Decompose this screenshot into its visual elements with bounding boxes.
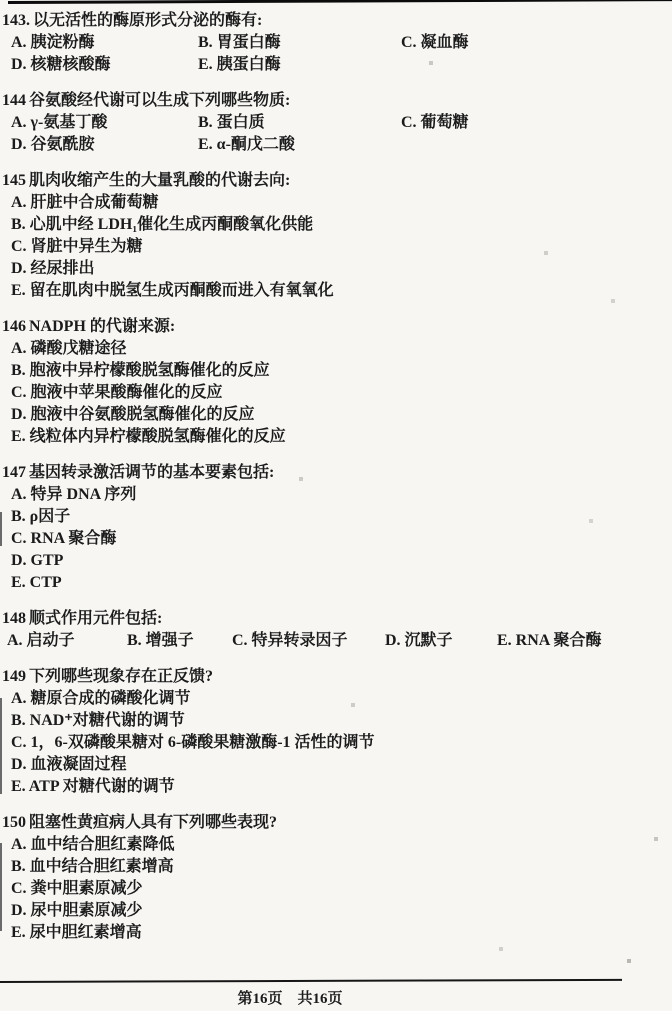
option-a: A. 糖原合成的磷酸化调节	[11, 688, 668, 710]
question-stem: 146NADPH 的代谢来源:	[2, 316, 668, 338]
option-b: B. ρ因子	[11, 506, 668, 528]
options-group: A. 肝脏中合成葡萄糖 B. 心肌中经 LDH₁催化生成丙酮酸氧化供能 C. 肾…	[2, 192, 668, 302]
option-b: B. 蛋白质	[198, 112, 401, 134]
option-e: E. RNA 聚合酶	[497, 630, 668, 652]
option-c: C. 凝血酶	[401, 32, 668, 54]
option-a: A. 特异 DNA 序列	[11, 484, 668, 506]
question-146: 146NADPH 的代谢来源: A. 磷酸戊糖途径 B. 胞液中异柠檬酸脱氢酶催…	[2, 316, 668, 448]
option-e: E. 尿中胆红素增高	[11, 922, 668, 944]
questions-area: 143.以无活性的酶原形式分泌的酶有: A. 胰淀粉酶 B. 胃蛋白酶 C. 凝…	[2, 10, 668, 958]
question-stem: 148顺式作用元件包括:	[2, 608, 668, 630]
option-c: C. 特异转录因子	[232, 630, 385, 652]
option-e: E. CTP	[11, 572, 668, 594]
question-text: NADPH 的代谢来源:	[29, 318, 175, 335]
option-a: A. γ-氨基丁酸	[11, 112, 198, 134]
option-d: D. 胞液中谷氨酸脱氢酶催化的反应	[11, 404, 668, 426]
question-text: 阻塞性黄疸病人具有下列哪些表现?	[29, 814, 277, 831]
question-143: 143.以无活性的酶原形式分泌的酶有: A. 胰淀粉酶 B. 胃蛋白酶 C. 凝…	[2, 10, 668, 76]
scanned-exam-page: 143.以无活性的酶原形式分泌的酶有: A. 胰淀粉酶 B. 胃蛋白酶 C. 凝…	[0, 0, 672, 1011]
options-group: A. 特异 DNA 序列 B. ρ因子 C. RNA 聚合酶 D. GTP E.…	[2, 484, 668, 594]
question-150: 150阻塞性黄疸病人具有下列哪些表现? A. 血中结合胆红素降低 B. 血中结合…	[2, 812, 668, 944]
option-b: B. 增强子	[127, 630, 232, 652]
option-a: A. 启动子	[7, 630, 127, 652]
option-e: E. 线粒体内异柠檬酸脱氢酶催化的反应	[11, 426, 668, 448]
question-144: 144谷氨酸经代谢可以生成下列哪些物质: A. γ-氨基丁酸 B. 蛋白质 C.…	[2, 90, 668, 156]
option-c: C. RNA 聚合酶	[11, 528, 668, 550]
top-scan-line	[8, 0, 672, 4]
options-group: A. 糖原合成的磷酸化调节 B. NAD⁺对糖代谢的调节 C. 1，6-双磷酸果…	[2, 688, 668, 798]
question-text: 谷氨酸经代谢可以生成下列哪些物质:	[29, 92, 290, 109]
option-d: D. 尿中胆素原减少	[11, 900, 668, 922]
option-e: E. 胰蛋白酶	[198, 54, 401, 76]
options-group: A. 启动子 B. 增强子 C. 特异转录因子 D. 沉默子 E. RNA 聚合…	[2, 630, 668, 652]
question-number: 143.	[2, 12, 30, 29]
option-c: C. 胞液中苹果酸酶催化的反应	[11, 382, 668, 404]
option-d: D. 核糖核酸酶	[11, 54, 198, 76]
option-e: E. α-酮戊二酸	[198, 134, 401, 156]
option-a: A. 胰淀粉酶	[11, 32, 198, 54]
option-b: B. 胃蛋白酶	[198, 32, 401, 54]
option-b: B. 血中结合胆红素增高	[11, 856, 668, 878]
options-group: A. 血中结合胆红素降低 B. 血中结合胆红素增高 C. 粪中胆素原减少 D. …	[2, 834, 668, 944]
page-number-footer: 第16页 共16页	[0, 987, 580, 1008]
question-number: 148	[2, 610, 26, 627]
option-a: A. 磷酸戊糖途径	[11, 338, 668, 360]
option-e: E. ATP 对糖代谢的调节	[11, 776, 668, 798]
question-149: 149下列哪些现象存在正反馈? A. 糖原合成的磷酸化调节 B. NAD⁺对糖代…	[2, 666, 668, 798]
question-text: 顺式作用元件包括:	[29, 610, 162, 627]
question-number: 144	[2, 92, 26, 109]
question-text: 以无活性的酶原形式分泌的酶有:	[33, 12, 262, 29]
question-text: 肌肉收缩产生的大量乳酸的代谢去向:	[29, 172, 290, 189]
options-group: A. γ-氨基丁酸 B. 蛋白质 C. 葡萄糖 D. 谷氨酰胺 E. α-酮戊二…	[2, 112, 668, 156]
option-d: D. 沉默子	[385, 630, 497, 652]
question-stem: 147基因转录激活调节的基本要素包括:	[2, 462, 668, 484]
option-c: C. 1，6-双磷酸果糖对 6-磷酸果糖激酶-1 活性的调节	[11, 732, 668, 754]
option-a: A. 肝脏中合成葡萄糖	[11, 192, 668, 214]
option-c: C. 葡萄糖	[401, 112, 668, 134]
question-number: 147	[2, 464, 26, 481]
option-a: A. 血中结合胆红素降低	[11, 834, 668, 856]
question-stem: 149下列哪些现象存在正反馈?	[2, 666, 668, 688]
question-text: 下列哪些现象存在正反馈?	[29, 668, 213, 685]
scan-noise-specks	[0, 0, 2, 2]
question-number: 150	[2, 814, 26, 831]
option-c: C. 粪中胆素原减少	[11, 878, 668, 900]
option-d: D. 经尿排出	[11, 258, 668, 280]
option-b: B. NAD⁺对糖代谢的调节	[11, 710, 668, 732]
option-d: D. 谷氨酰胺	[11, 134, 198, 156]
option-d: D. GTP	[11, 550, 668, 572]
option-b: B. 心肌中经 LDH₁催化生成丙酮酸氧化供能	[11, 214, 668, 236]
question-147: 147基因转录激活调节的基本要素包括: A. 特异 DNA 序列 B. ρ因子 …	[2, 462, 668, 594]
question-145: 145肌肉收缩产生的大量乳酸的代谢去向: A. 肝脏中合成葡萄糖 B. 心肌中经…	[2, 170, 668, 302]
question-number: 149	[2, 668, 26, 685]
option-c: C. 肾脏中异生为糖	[11, 236, 668, 258]
options-group: A. 磷酸戊糖途径 B. 胞液中异柠檬酸脱氢酶催化的反应 C. 胞液中苹果酸酶催…	[2, 338, 668, 448]
footer-divider-line	[0, 979, 622, 983]
question-stem: 145肌肉收缩产生的大量乳酸的代谢去向:	[2, 170, 668, 192]
question-number: 146	[2, 318, 26, 335]
question-text: 基因转录激活调节的基本要素包括:	[29, 464, 274, 481]
option-d: D. 血液凝固过程	[11, 754, 668, 776]
question-148: 148顺式作用元件包括: A. 启动子 B. 增强子 C. 特异转录因子 D. …	[2, 608, 668, 652]
option-e: E. 留在肌肉中脱氢生成丙酮酸而进入有氧氧化	[11, 280, 668, 302]
options-group: A. 胰淀粉酶 B. 胃蛋白酶 C. 凝血酶 D. 核糖核酸酶 E. 胰蛋白酶	[2, 32, 668, 76]
question-stem: 144谷氨酸经代谢可以生成下列哪些物质:	[2, 90, 668, 112]
question-number: 145	[2, 172, 26, 189]
question-stem: 150阻塞性黄疸病人具有下列哪些表现?	[2, 812, 668, 834]
option-b: B. 胞液中异柠檬酸脱氢酶催化的反应	[11, 360, 668, 382]
question-stem: 143.以无活性的酶原形式分泌的酶有:	[2, 10, 668, 32]
